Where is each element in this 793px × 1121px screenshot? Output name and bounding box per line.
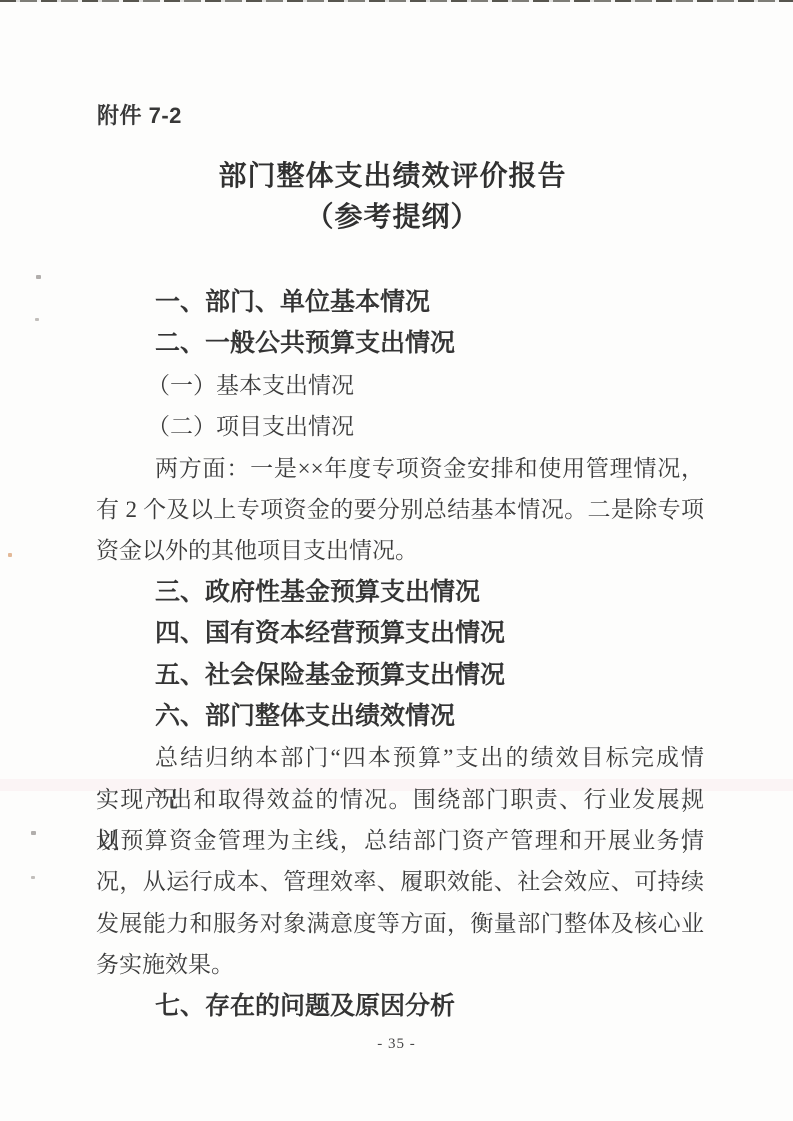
paragraph2-line3: 以预算资金管理为主线，总结部门资产管理和开展业务情 — [96, 820, 704, 861]
paragraph1-line1: 两方面：一是××年度专项资金安排和使用管理情况， — [96, 448, 704, 489]
scan-speck — [8, 553, 12, 557]
paragraph2-line6: 务实施效果。 — [96, 944, 704, 985]
outline-item-3: 三、政府性基金预算支出情况 — [96, 572, 704, 613]
paragraph2-line1: 总结归纳本部门“四本预算”支出的绩效目标完成情况， — [96, 737, 704, 778]
scanned-document-page: 附件 7-2 部门整体支出绩效评价报告 （参考提纲） 一、部门、单位基本情况 二… — [0, 0, 793, 1121]
outline-item-1: 一、部门、单位基本情况 — [96, 282, 704, 323]
document-title-line2: （参考提纲） — [0, 202, 785, 234]
scan-speck — [31, 876, 35, 879]
outline-item-6: 六、部门整体支出绩效情况 — [96, 696, 704, 737]
paragraph2-line2: 实现产出和取得效益的情况。围绕部门职责、行业发展规划， — [96, 779, 704, 820]
paragraph2-line5: 发展能力和服务对象满意度等方面，衡量部门整体及核心业 — [96, 903, 704, 944]
scan-speck — [36, 275, 41, 279]
outline-item-4: 四、国有资本经营预算支出情况 — [96, 613, 704, 654]
outline-item-2: 二、一般公共预算支出情况 — [96, 323, 704, 364]
paragraph1-line3: 资金以外的其他项目支出情况。 — [96, 530, 704, 571]
scan-speck — [35, 318, 39, 321]
paragraph2-line4: 况，从运行成本、管理效率、履职效能、社会效应、可持续 — [96, 861, 704, 902]
paragraph1-line2: 有 2 个及以上专项资金的要分别总结基本情况。二是除专项 — [96, 489, 704, 530]
outline-subitem-2: （二）项目支出情况 — [96, 406, 704, 447]
outline-item-5: 五、社会保险基金预算支出情况 — [96, 655, 704, 696]
outline-item-7: 七、存在的问题及原因分析 — [96, 986, 704, 1027]
attachment-label: 附件 7-2 — [97, 103, 182, 129]
scan-edge-artifact — [0, 0, 793, 2]
scan-speck — [31, 831, 36, 835]
page-number: - 35 - — [0, 1036, 793, 1053]
document-title-line1: 部门整体支出绩效评价报告 — [0, 161, 785, 193]
outline-subitem-1: （一）基本支出情况 — [96, 365, 704, 406]
document-body: 一、部门、单位基本情况 二、一般公共预算支出情况 （一）基本支出情况 （二）项目… — [96, 282, 704, 1027]
